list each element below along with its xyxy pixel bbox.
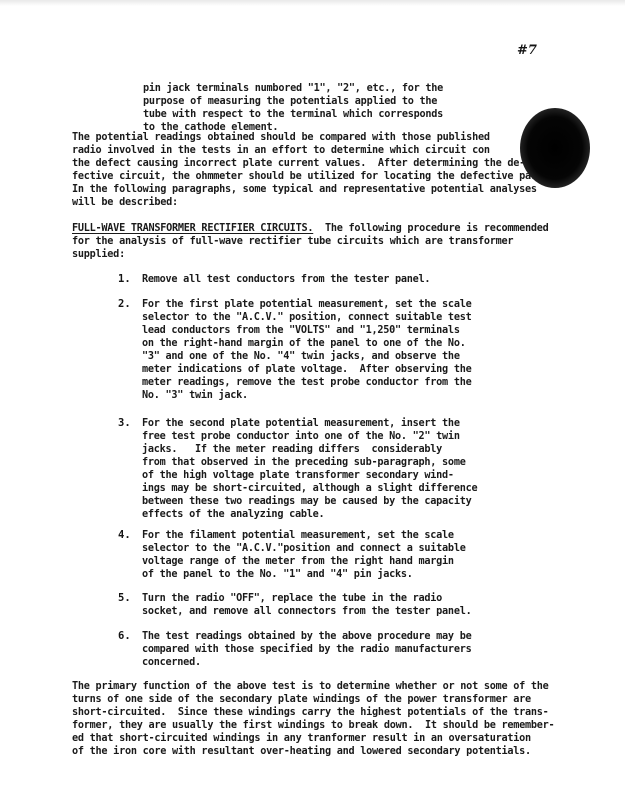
text-line: short-circuited. Since these windings ca… [72, 706, 554, 719]
step-4: For the filament potential measurement, … [142, 529, 466, 581]
text-line: the defect causing incorrect plate curre… [72, 157, 549, 170]
text-line: effects of the analyzing cable. [142, 508, 477, 521]
step-3: For the second plate potential measureme… [142, 417, 477, 521]
ink-blot [520, 108, 590, 188]
step-number: 4. [118, 529, 131, 542]
step-number: 3. [118, 417, 131, 430]
text-line: from that observed in the preceding sub-… [142, 456, 477, 469]
text-line: supplied: [72, 248, 549, 261]
text-line: tube with respect to the terminal which … [143, 108, 443, 121]
text-line: The potential readings obtained should b… [72, 131, 549, 144]
section-heading: FULL-WAVE TRANSFORMER RECTIFIER CIRCUITS… [72, 223, 313, 234]
text-line: Remove all test conductors from the test… [142, 273, 430, 286]
text-line: lead conductors from the "VOLTS" and "1,… [142, 324, 471, 337]
step-2: For the first plate potential measuremen… [142, 298, 471, 402]
document-page: #7 pin jack terminals numbored "1", "2",… [0, 0, 625, 810]
step-5: Turn the radio "OFF", replace the tube i… [142, 592, 471, 618]
step-number: 2. [118, 298, 131, 311]
text-line: meter readings, remove the test probe co… [142, 376, 471, 389]
text-line: on the right-hand margin of the panel to… [142, 337, 471, 350]
text-line: socket, and remove all connectors from t… [142, 605, 471, 618]
text-line: of the high voltage plate transformer se… [142, 469, 477, 482]
text-line: selector to the "A.C.V."position and con… [142, 542, 466, 555]
text-line: pin jack terminals numbored "1", "2", et… [143, 82, 443, 95]
step-6: The test readings obtained by the above … [142, 630, 471, 669]
step-1: Remove all test conductors from the test… [142, 273, 430, 286]
text-line: ings may be short-circuited, although a … [142, 482, 477, 495]
text-line: of the iron core with resultant over-hea… [72, 745, 554, 758]
text-line: concerned. [142, 656, 471, 669]
text-line: In the following paragraphs, some typica… [72, 183, 549, 196]
text-line: For the filament potential measurement, … [142, 529, 466, 542]
text-line: meter indications of plate voltage. Afte… [142, 363, 471, 376]
text-line: will be described: [72, 196, 549, 209]
paragraph-primary-function: The primary function of the above test i… [72, 680, 554, 758]
text-line: The primary function of the above test i… [72, 680, 554, 693]
text-line: selector to the "A.C.V." position, conne… [142, 311, 471, 324]
paragraph-potential-readings: The potential readings obtained should b… [72, 131, 549, 209]
section-lead-text: The following procedure is recommended [313, 223, 548, 234]
text-line: The test readings obtained by the above … [142, 630, 471, 643]
text-line: radio involved in the tests in an effort… [72, 144, 549, 157]
text-line: Turn the radio "OFF", replace the tube i… [142, 592, 471, 605]
text-line: For the second plate potential measureme… [142, 417, 477, 430]
section-full-wave: FULL-WAVE TRANSFORMER RECTIFIER CIRCUITS… [72, 222, 549, 261]
text-line: "3" and one of the No. "4" twin jacks, a… [142, 350, 471, 363]
text-line: fective circuit, the ohmmeter should be … [72, 170, 549, 183]
text-line: between these two readings may be caused… [142, 495, 477, 508]
text-line: For the first plate potential measuremen… [142, 298, 471, 311]
intro-block: pin jack terminals numbored "1", "2", et… [143, 82, 443, 134]
text-line: ed that short-circuited windings in any … [72, 732, 554, 745]
page-number: #7 [517, 43, 537, 58]
text-line: jacks. If the meter reading differs cons… [142, 443, 477, 456]
text-line: free test probe conductor into one of th… [142, 430, 477, 443]
text-line: compared with those specified by the rad… [142, 643, 471, 656]
text-line: for the analysis of full-wave rectifier … [72, 235, 549, 248]
text-line: former, they are usually the first windi… [72, 719, 554, 732]
text-line: voltage range of the meter from the righ… [142, 555, 466, 568]
step-number: 5. [118, 592, 131, 605]
text-line: No. "3" twin jack. [142, 389, 471, 402]
text-line: purpose of measuring the potentials appl… [143, 95, 443, 108]
text-line: turns of one side of the secondary plate… [72, 693, 554, 706]
step-number: 6. [118, 630, 131, 643]
section-lead-line: FULL-WAVE TRANSFORMER RECTIFIER CIRCUITS… [72, 222, 549, 235]
step-number: 1. [118, 273, 131, 286]
text-line: of the panel to the No. "1" and "4" pin … [142, 568, 466, 581]
